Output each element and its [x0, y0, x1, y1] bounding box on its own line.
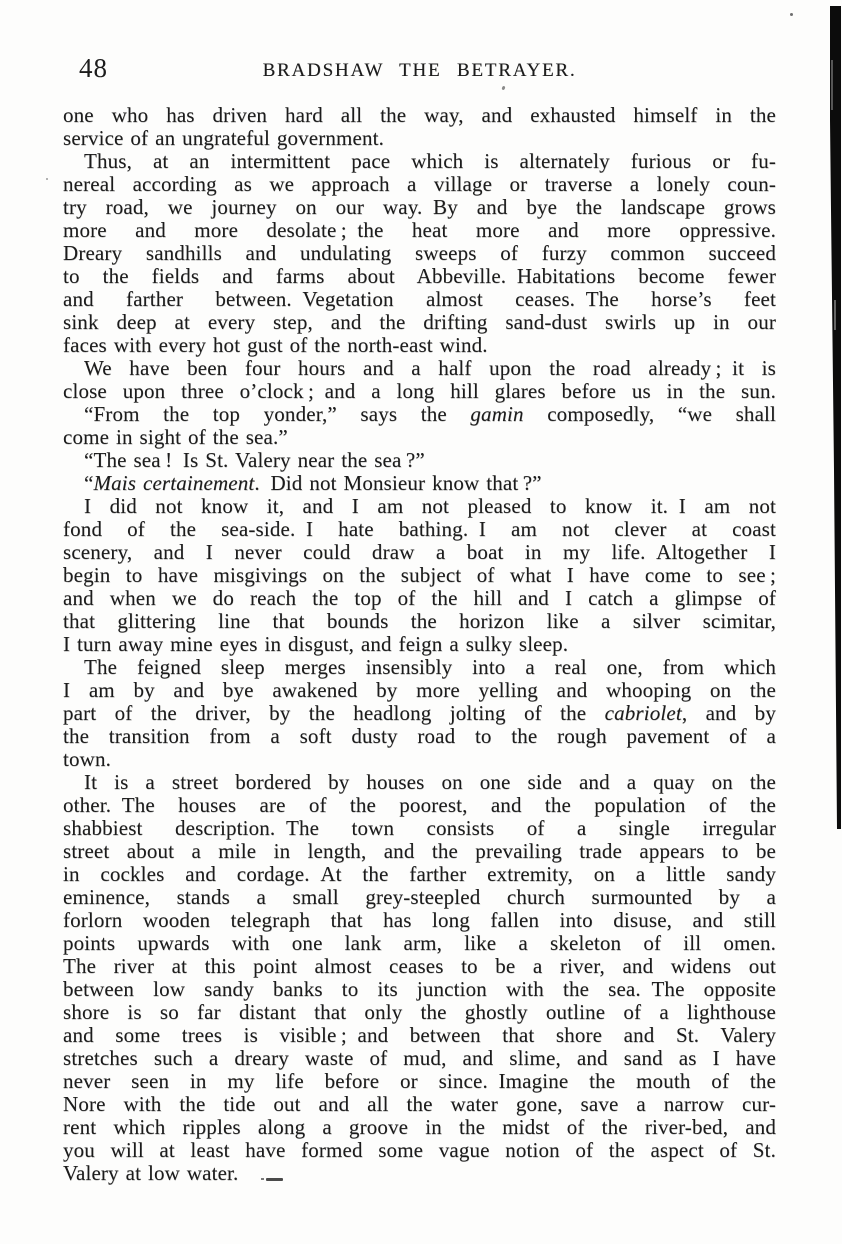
text-line: service of an ungrateful government.: [63, 127, 776, 150]
paragraph: The feigned sleep merges insensibly into…: [63, 656, 776, 771]
text-line: come in sight of the sea.”: [63, 426, 776, 449]
text-line: shore is so far distant that only the gh…: [63, 1001, 776, 1024]
text-line: rent which ripples along a groove in the…: [63, 1116, 776, 1139]
page-text: one who has driven hard all the way, and…: [63, 104, 776, 1185]
scan-dash-artifact: [266, 1178, 283, 1181]
text-line: The feigned sleep merges insensibly into…: [63, 656, 776, 679]
text-line: Thus, at an intermittent pace which is a…: [63, 150, 776, 173]
paragraph: It is a street bordered by houses on one…: [63, 771, 776, 1185]
text-line: “From the top yonder,” says the gamin co…: [63, 403, 776, 426]
text-line: to the fields and farms about Abbeville.…: [63, 265, 776, 288]
scan-speck: [501, 86, 505, 91]
text-line: “The sea ! Is St. Valery near the sea ?”: [63, 449, 776, 472]
text-line: It is a street bordered by houses on one…: [63, 771, 776, 794]
scan-speck: [46, 178, 48, 180]
text-line: town.: [63, 748, 776, 771]
text-line: stretches such a dreary waste of mud, an…: [63, 1047, 776, 1070]
text-line: nereal according as we approach a villag…: [63, 173, 776, 196]
text-line: Nore with the tide out and all the water…: [63, 1093, 776, 1116]
text-line: fond of the sea-side. I hate bathing. I …: [63, 518, 776, 541]
text-line: in cockles and cordage. At the farther e…: [63, 863, 776, 886]
paragraph: Thus, at an intermittent pace which is a…: [63, 150, 776, 357]
text-line: other. The houses are of the poorest, an…: [63, 794, 776, 817]
text-line: The river at this point almost ceases to…: [63, 955, 776, 978]
text-line: “Mais certainement. Did not Monsieur kno…: [63, 472, 776, 495]
text-line: between low sandy banks to its junction …: [63, 978, 776, 1001]
running-title: BRADSHAW THE BETRAYER.: [63, 60, 776, 82]
text-line: and when we do reach the top of the hill…: [63, 587, 776, 610]
text-line: We have been four hours and a half upon …: [63, 357, 776, 380]
text-line: and farther between. Vegetation almost c…: [63, 288, 776, 311]
text-line: and some trees is visible ; and between …: [63, 1024, 776, 1047]
text-line: faces with every hot gust of the north-e…: [63, 334, 776, 357]
text-line: Valery at low water.: [63, 1162, 776, 1185]
paragraph: “Mais certainement. Did not Monsieur kno…: [63, 472, 776, 495]
scan-speck: [790, 13, 793, 16]
text-line: more and more desolate ; the heat more a…: [63, 219, 776, 242]
text-line: I did not know it, and I am not pleased …: [63, 495, 776, 518]
text-line: part of the driver, by the headlong jolt…: [63, 702, 776, 725]
text-line: scenery, and I never could draw a boat i…: [63, 541, 776, 564]
text-line: street about a mile in length, and the p…: [63, 840, 776, 863]
text-line: I turn away mine eyes in disgust, and fe…: [63, 633, 776, 656]
text-line: close upon three o’clock ; and a long hi…: [63, 380, 776, 403]
paragraph: “From the top yonder,” says the gamin co…: [63, 403, 776, 449]
paragraph: one who has driven hard all the way, and…: [63, 104, 776, 150]
text-line: Dreary sandhills and undulating sweeps o…: [63, 242, 776, 265]
text-line: never seen in my life before or since. I…: [63, 1070, 776, 1093]
text-line: that glittering line that bounds the hor…: [63, 610, 776, 633]
text-line: points upwards with one lank arm, like a…: [63, 932, 776, 955]
text-line: shabbiest description. The town consists…: [63, 817, 776, 840]
text-line: one who has driven hard all the way, and…: [63, 104, 776, 127]
text-line: I am by and bye awakened by more yelling…: [63, 679, 776, 702]
paragraph: “The sea ! Is St. Valery near the sea ?”: [63, 449, 776, 472]
text-line: try road, we journey on our way. By and …: [63, 196, 776, 219]
running-head: 48 BRADSHAW THE BETRAYER.: [63, 52, 776, 86]
paragraph: We have been four hours and a half upon …: [63, 357, 776, 403]
book-page: 48 BRADSHAW THE BETRAYER. one who has dr…: [0, 0, 842, 1244]
text-line: sink deep at every step, and the driftin…: [63, 311, 776, 334]
text-line: the transition from a soft dusty road to…: [63, 725, 776, 748]
text-line: begin to have misgivings on the subject …: [63, 564, 776, 587]
paragraph: I did not know it, and I am not pleased …: [63, 495, 776, 656]
text-line: eminence, stands a small grey-steepled c…: [63, 886, 776, 909]
text-line: you will at least have formed some vague…: [63, 1139, 776, 1162]
text-line: forlorn wooden telegraph that has long f…: [63, 909, 776, 932]
